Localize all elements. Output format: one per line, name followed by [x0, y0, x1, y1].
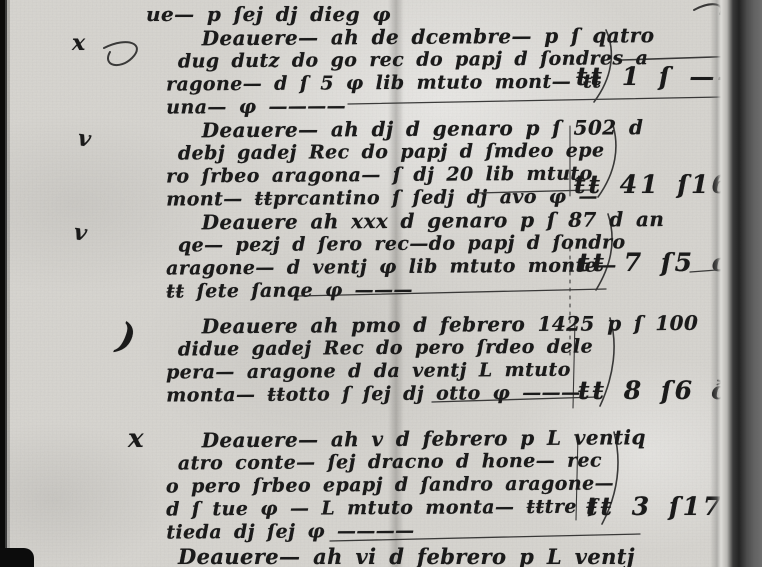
partial-bottom-line: Deauere— ah vi d febrero p L ventj [178, 544, 635, 567]
margin-check-mark: x [128, 424, 144, 454]
entry-line: ro ſrbeo aragona— ſ dj 20 lib mtuto [166, 162, 620, 188]
scan-edge-corner [0, 548, 34, 567]
entry-line: d ſ tue φ — L mtuto monta— ŧŧtre ſ [166, 495, 620, 521]
ledger-entry: Deauere ah pmo d febrero 1425 p ſ 100 di… [150, 312, 621, 407]
entry-line: o pero ſrbeo epapj d ſandro aragone— [166, 472, 620, 498]
entry-line: debj gadej Rec do papj d ſmdeo epe [178, 139, 620, 165]
entry-line: pera— aragone d da ventj L mtuto [166, 358, 620, 384]
entry-line: aragone— d ventj φ lib mtuto monte— [166, 254, 620, 280]
entry-line: Deauere— ah v d febrero p L ventiq [202, 426, 620, 452]
margin-check-mark: ) [114, 315, 140, 360]
entry-line: atro conte— ſej dracno d hone— rec [178, 449, 620, 475]
entry-line: Deauere ah xxx d genaro p ſ 87 d an [202, 208, 620, 234]
margin-check-mark: x [72, 30, 86, 56]
entry-line: Deauere ah pmo d febrero 1425 p ſ 100 [202, 312, 620, 338]
entry-line: qe— pezj d ſero rec—do papj d ſondro [178, 231, 620, 257]
entry-line: ŧŧ ſete ſanqe φ ——— [166, 277, 620, 303]
entry-line: didue gadej Rec do pero ſrdeo dele [178, 335, 620, 361]
amount-value: ŧŧ 7 ſ5 o [578, 248, 731, 277]
margin-check-mark: v [72, 219, 89, 247]
opening-paraph [104, 42, 137, 65]
page-binding-edge [710, 0, 762, 567]
entry-line: monta— ŧŧotto ſ ſej dj otto φ ——— [166, 381, 620, 407]
entry-line: tieda dj ſej φ ———— [166, 518, 620, 544]
entry-line: ragone— d ſ 5 φ lib mtuto mont— ŧŧ [166, 70, 620, 96]
scan-edge-left [0, 0, 10, 567]
ledger-entry: Deauere— ah dj d genaro p ſ 502 d debj g… [150, 116, 621, 211]
partial-top-line: ue— p ſej dj dieg φ [146, 2, 391, 26]
ledger-entry: Deauere— ah v d febrero p L ventiq atro … [150, 426, 621, 544]
entry-line: Deauere— ah dj d genaro p ſ 502 d [202, 116, 620, 142]
ledger-entry: Deauere— ah de dcembre— p ſ qatro dug du… [150, 24, 621, 119]
manuscript-page: ue— p ſej dj dieg φ x Deauere— ah de dce… [0, 0, 762, 567]
ledger-entry: Deauere ah xxx d genaro p ſ 87 d an qe— … [150, 208, 621, 303]
entry-line: dug dutz do go rec do papj d ſondres a [178, 47, 620, 73]
margin-check-mark: v [76, 125, 93, 153]
entry-line: Deauere— ah de dcembre— p ſ qatro [202, 24, 620, 50]
